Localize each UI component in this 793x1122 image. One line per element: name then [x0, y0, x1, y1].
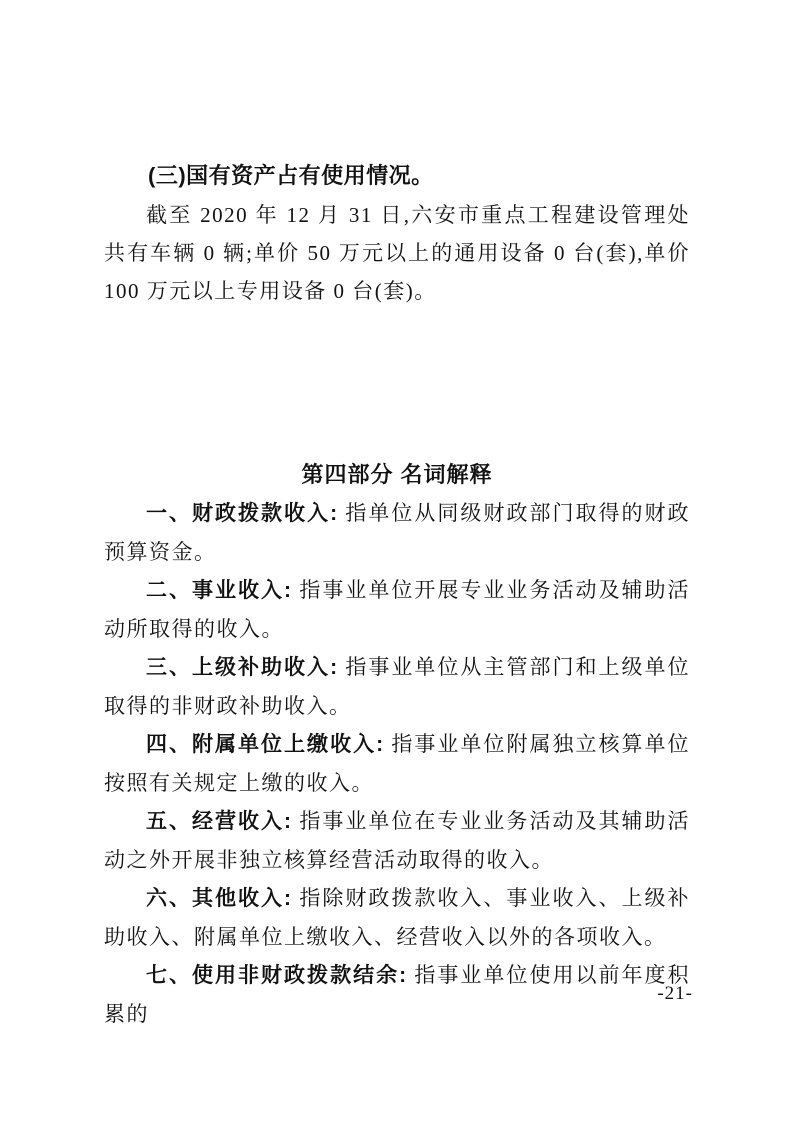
- definition-term: 五、经营收入:: [146, 810, 293, 833]
- definition-term: 七、使用非财政拨款结余:: [146, 964, 408, 987]
- definition-item: 六、其他收入:指除财政拨款收入、事业收入、上级补助收入、附属单位上缴收入、经营收…: [104, 879, 690, 956]
- definition-item: 五、经营收入:指事业单位在专业业务活动及其辅助活动之外开展非独立核算经营活动取得…: [104, 802, 690, 879]
- definition-term: 一、财政拨款收入:: [146, 502, 339, 525]
- part-four-title: 第四部分 名词解释: [104, 456, 690, 494]
- definition-item: 三、上级补助收入:指事业单位从主管部门和上级单位取得的非财政补助收入。: [104, 648, 690, 725]
- section-heading-state-assets: (三)国有资产占有使用情况。: [104, 156, 690, 196]
- definition-item: 二、事业收入:指事业单位开展专业业务活动及辅助活动所取得的收入。: [104, 571, 690, 648]
- definition-item: 七、使用非财政拨款结余:指事业单位使用以前年度积累的: [104, 956, 690, 1033]
- state-assets-paragraph: 截至 2020 年 12 月 31 日,六安市重点工程建设管理处共有车辆 0 辆…: [104, 196, 690, 310]
- definition-term: 二、事业收入:: [146, 579, 293, 602]
- document-page: (三)国有资产占有使用情况。 截至 2020 年 12 月 31 日,六安市重点…: [0, 0, 793, 1122]
- definition-term: 六、其他收入:: [146, 887, 293, 910]
- page-number: -21-: [657, 982, 693, 1006]
- definition-item: 一、财政拨款收入:指单位从同级财政部门取得的财政预算资金。: [104, 494, 690, 571]
- definition-term: 三、上级补助收入:: [146, 656, 339, 679]
- definition-term: 四、附属单位上缴收入:: [146, 733, 385, 756]
- definition-item: 四、附属单位上缴收入:指事业单位附属独立核算单位按照有关规定上缴的收入。: [104, 725, 690, 802]
